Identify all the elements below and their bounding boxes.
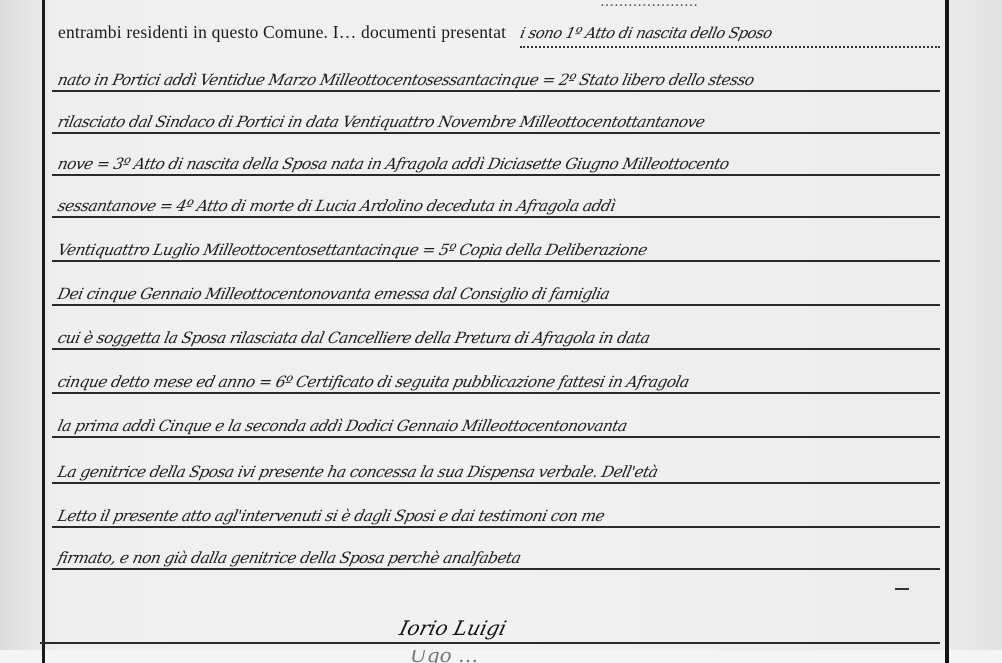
handwritten-line-text: Dei cinque Gennaio Milleottocentonovanta… (56, 285, 944, 303)
ruled-line (52, 526, 940, 528)
dotted-fill-rule (520, 45, 940, 48)
handwritten-line-text: nato in Portici addì Ventidue Marzo Mill… (56, 71, 944, 89)
handwritten-line: Letto il presente atto agl'intervenuti s… (52, 492, 940, 528)
printed-form-line: entrambi residenti in questo Comune. I… … (58, 22, 506, 43)
handwritten-line-text: Ventiquattro Luglio Milleottocentosettan… (56, 241, 944, 259)
right-margin-rule (945, 0, 949, 663)
blank-fill-1: … (339, 22, 357, 42)
handwritten-line: rilasciato dal Sindaco di Portici in dat… (52, 98, 940, 134)
cutoff-top-text: ………………… (600, 0, 920, 8)
handwritten-line: cui è soggetta la Sposa rilasciata dal C… (52, 314, 940, 350)
handwritten-line: cinque detto mese ed anno = 6º Certifica… (52, 358, 940, 394)
handwritten-line-text: la prima addì Cinque e la seconda addì D… (56, 417, 944, 435)
ruled-line (52, 392, 940, 394)
ruled-line (52, 348, 940, 350)
ruled-line (52, 260, 940, 262)
blank-fill-2: i (432, 22, 437, 42)
handwritten-line-text: rilasciato dal Sindaco di Portici in dat… (56, 113, 944, 131)
handwritten-line-text: firmato, e non già dalla genitrice della… (56, 549, 944, 567)
ruled-line (52, 482, 940, 484)
signature: Iorio Luigi (397, 616, 663, 640)
handwritten-line: Dei cinque Gennaio Milleottocentonovanta… (52, 270, 940, 306)
handwritten-line-text: Letto il presente atto agl'intervenuti s… (56, 507, 944, 525)
ruled-line (52, 174, 940, 176)
handwritten-line: sessantanove = 4º Atto di morte di Lucia… (52, 182, 940, 218)
ruled-line (52, 132, 940, 134)
cutoff-bottom-text: Ugo … (410, 650, 710, 663)
handwritten-line-text: nove = 3º Atto di nascita della Sposa na… (56, 155, 944, 173)
printed-text-middle: document (361, 22, 432, 42)
handwritten-line: la prima addì Cinque e la seconda addì D… (52, 402, 940, 438)
ruled-line (52, 90, 940, 92)
handwritten-line-text: cinque detto mese ed anno = 6º Certifica… (56, 373, 944, 391)
ruled-line (52, 304, 940, 306)
handwritten-line: La genitrice della Sposa ivi presente ha… (52, 448, 940, 484)
handwritten-fill-first: i sono 1º Atto di nascita dello Sposo (518, 24, 943, 46)
trailing-dash (895, 588, 909, 590)
handwritten-line: Ventiquattro Luglio Milleottocentosettan… (52, 226, 940, 262)
handwritten-line: nato in Portici addì Ventidue Marzo Mill… (52, 56, 940, 92)
handwritten-line: firmato, e non già dalla genitrice della… (52, 534, 940, 570)
handwritten-line-text: sessantanove = 4º Atto di morte di Lucia… (56, 197, 944, 215)
printed-text-after: presentat (441, 22, 506, 42)
ruled-line (52, 436, 940, 438)
signature-rule (40, 642, 940, 644)
ruled-line (52, 568, 940, 570)
handwritten-line-text: La genitrice della Sposa ivi presente ha… (56, 463, 944, 481)
handwritten-line-text: cui è soggetta la Sposa rilasciata dal C… (56, 329, 944, 347)
left-margin-rule (42, 0, 45, 663)
printed-text-before: entrambi residenti in questo Comune. I (58, 22, 339, 42)
handwritten-line: nove = 3º Atto di nascita della Sposa na… (52, 140, 940, 176)
ruled-line (52, 216, 940, 218)
